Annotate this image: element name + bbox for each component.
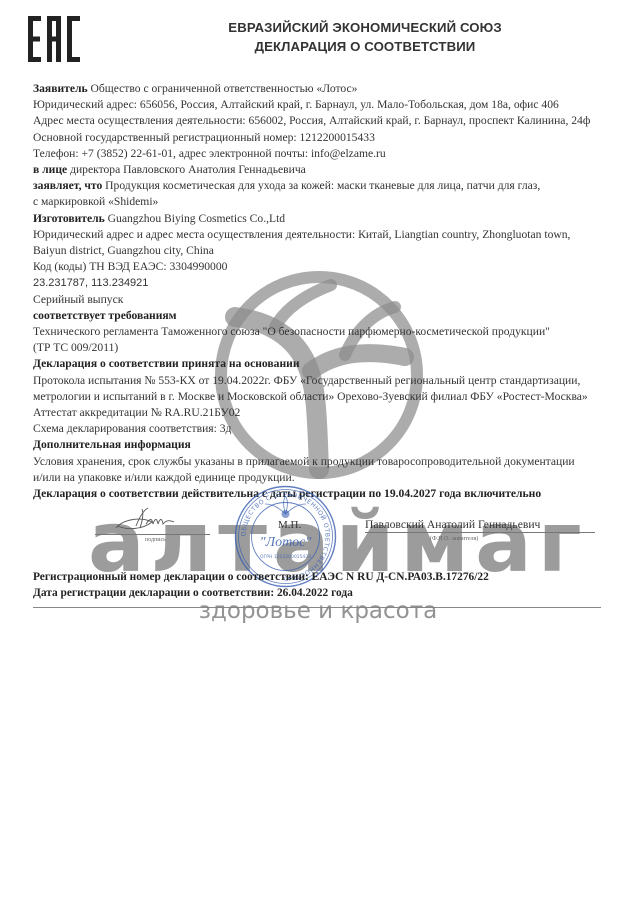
manufacturer-name: Guangzhou Biying Cosmetics Co.,Ltd — [105, 212, 285, 225]
bottom-divider — [33, 607, 601, 608]
registration-block: Регистрационный номер декларации о соотв… — [33, 570, 623, 601]
document-header: ЕВРАЗИЙСКИЙ ЭКОНОМИЧЕСКИЙ СОЮЗ ДЕКЛАРАЦИ… — [150, 18, 580, 56]
eac-logo-icon — [28, 16, 80, 62]
declares-line: заявляет, что Продукция косметическая дл… — [33, 178, 623, 194]
stamp-place-label: М.П. — [278, 519, 301, 531]
represented-line: в лице директора Павловского Анатолия Ге… — [33, 162, 623, 178]
requirements-line-2: (ТР ТС 009/2011) — [33, 340, 623, 356]
additional-line-2: и/или на упаковке и/или каждой единице п… — [33, 470, 623, 486]
watermark-tagline: здоровье и красота — [0, 598, 636, 624]
registration-date: Дата регистрации декларации о соответств… — [33, 586, 623, 602]
additional-label: Дополнительная информация — [33, 437, 623, 453]
basis-label: Декларация о соответствии принята на осн… — [33, 356, 623, 372]
signature-line — [95, 534, 210, 535]
document-title: ДЕКЛАРАЦИЯ О СООТВЕТСТВИИ — [150, 37, 580, 56]
manufacturer-address-1: Юридический адрес и адрес места осуществ… — [33, 227, 623, 243]
product-marking: с маркировкой «Shidemi» — [33, 194, 623, 210]
coordinates: 23.231787, 113.234921 — [33, 275, 623, 291]
declaration-body: Заявитель Общество с ограниченной ответс… — [33, 81, 623, 502]
applicant-label: Заявитель — [33, 82, 88, 95]
declaration-page: ЕВРАЗИЙСКИЙ ЭКОНОМИЧЕСКИЙ СОЮЗ ДЕКЛАРАЦИ… — [0, 0, 636, 900]
basis-line-2: метрологии и испытаний в г. Москве и Мос… — [33, 389, 623, 405]
requirements-label: соответствует требованиям — [33, 308, 623, 324]
product-description: Продукция косметическая для ухода за кож… — [102, 179, 540, 192]
additional-line-1: Условия хранения, срок службы указаны в … — [33, 454, 623, 470]
represented-label: в лице — [33, 163, 67, 176]
applicant-legal-address: Юридический адрес: 656056, Россия, Алтай… — [33, 97, 623, 113]
requirements-line-1: Технического регламента Таможенного союз… — [33, 324, 623, 340]
manufacturer-address-2: Baiyun district, Guangzhou city, China — [33, 243, 623, 259]
signature-block: подпись М.П. Павловский Анатолий Геннадь… — [0, 500, 636, 570]
declaration-scheme: Схема декларирования соответствия: 3д — [33, 421, 623, 437]
union-title: ЕВРАЗИЙСКИЙ ЭКОНОМИЧЕСКИЙ СОЮЗ — [150, 18, 580, 37]
registration-number: Регистрационный номер декларации о соотв… — [33, 570, 623, 586]
hs-code: Код (коды) ТН ВЭД ЕАЭС: 3304990000 — [33, 259, 623, 275]
manufacturer-label: Изготовитель — [33, 212, 105, 225]
applicant-ogrn: Основной государственный регистрационный… — [33, 130, 623, 146]
accreditation: Аттестат аккредитации № RA.RU.21БУ02 — [33, 405, 623, 421]
applicant-contacts: Телефон: +7 (3852) 22-61-01, адрес элект… — [33, 146, 623, 162]
signature-icon — [112, 506, 182, 532]
manufacturer-line: Изготовитель Guangzhou Biying Cosmetics … — [33, 211, 623, 227]
represented-by: директора Павловского Анатолия Геннадьев… — [67, 163, 306, 176]
signature-caption: подпись — [145, 537, 166, 543]
applicant-line: Заявитель Общество с ограниченной ответс… — [33, 81, 623, 97]
signatory-name: Павловский Анатолий Геннадьевич — [365, 518, 595, 533]
applicant-name: Общество с ограниченной ответственностью… — [88, 82, 358, 95]
applicant-activity-address: Адрес места осуществления деятельности: … — [33, 113, 623, 129]
declares-label: заявляет, что — [33, 179, 102, 192]
release-type: Серийный выпуск — [33, 292, 623, 308]
basis-line-1: Протокола испытания № 553-КХ от 19.04.20… — [33, 373, 623, 389]
signatory-caption: (Ф.И.О. заявителя) — [430, 536, 478, 542]
